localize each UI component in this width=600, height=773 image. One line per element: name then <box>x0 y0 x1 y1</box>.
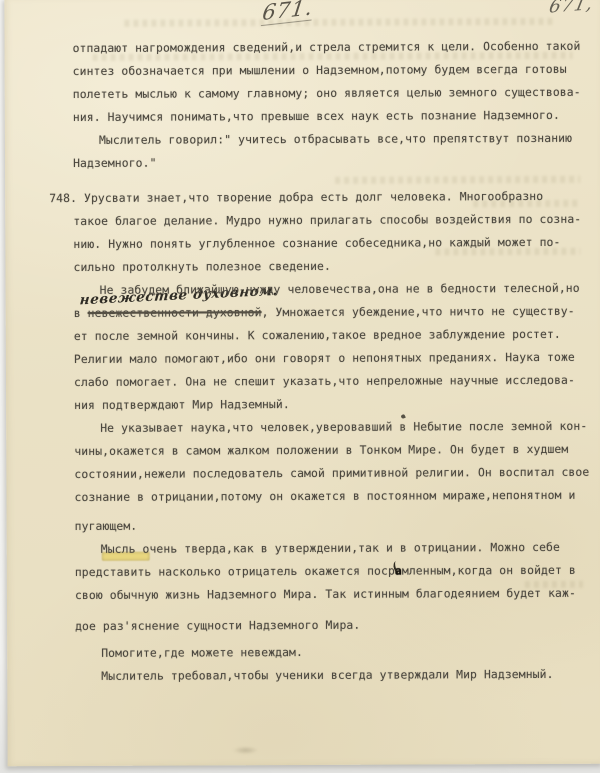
text-segment: Надземного." <box>73 156 157 170</box>
text-line: 748. Урусвати знает,что творение добра е… <box>49 185 589 210</box>
text-line: полететь мыслью к самому главному; оно я… <box>73 81 589 106</box>
text-segment: нию. Нужно понять углубленное сознание с… <box>73 235 560 251</box>
text-segment: 748. Урусвати знает,что творение добра е… <box>49 189 543 205</box>
ghost-impression <box>124 18 554 27</box>
text-segment: Не указывает наука,что человек,уверовавш… <box>100 420 399 435</box>
page-number-handwritten-right: 671, <box>547 0 595 18</box>
text-line: отпадают нагромождения сведений,и стрела… <box>72 35 588 60</box>
text-segment: ет после земной кончины. К сожалению,так… <box>74 327 561 343</box>
text-line: Мыслитель требовал,чтобы ученики всегда … <box>75 663 591 688</box>
text-line: сознание в отрицании,потому он окажется … <box>74 484 590 509</box>
text-line: ния. Научимся понимать,что превыше всех … <box>73 104 589 129</box>
text-line: ния подтверждают Мир Надземный. <box>74 392 590 417</box>
text-segment: пугающем. <box>75 519 138 533</box>
text-line: Не забудем ближайшую нужду человечества,… <box>74 277 590 302</box>
text-line: ет после земной кончины. К сожалению,так… <box>74 323 590 348</box>
text-segment: отпадают нагромождения сведений,и стрела… <box>73 39 581 55</box>
text-line: такое благое делание. Мудро нужно прилаг… <box>73 208 589 233</box>
text-segment: в <box>74 306 88 320</box>
text-segment: дое раз'яснение сущности Надземного Мира… <box>75 618 360 633</box>
text-line: Религии мало помогают,ибо они говорят о … <box>74 346 590 371</box>
text-line: синтез обозначается при мышлении о Надзе… <box>73 58 589 83</box>
text-segment: Небытие после земной кон- <box>406 419 587 434</box>
text-segment: синтез обозначается при мышлении о Надзе… <box>73 62 567 78</box>
text-line: нию. Нужно понять углубленное сознание с… <box>73 231 589 256</box>
typewritten-text: отпадают нагромождения сведений,и стрела… <box>72 35 591 688</box>
text-segment: а <box>395 564 402 578</box>
text-segment: представить насколько отрицатель окажетс… <box>75 564 395 579</box>
text-line: состоянии,нежели последователь самой при… <box>74 461 590 486</box>
text-line: представить насколько отрицатель окажетс… <box>75 559 591 584</box>
text-line: Помогите,где можете невеждам. <box>75 640 591 665</box>
text-segment: состоянии,нежели последователь самой при… <box>74 465 589 481</box>
text-segment: полететь мыслью к самому главному; оно я… <box>73 85 581 101</box>
text-segment: Мысль очень тверда,как в утверждении,так… <box>101 540 560 556</box>
text-segment: слабо помогает. Она не спешит указать,чт… <box>74 373 575 389</box>
text-segment: свою обычную жизнь Надземного Мира. Так … <box>75 586 576 602</box>
text-line: в невежественности духовной, Умножается … <box>74 300 590 325</box>
scan-background: 671. 671, невежестве духовном. отпадают … <box>0 0 600 773</box>
struck-text: невежественности духовной <box>88 305 262 320</box>
text-segment: Помогите,где можете невеждам. <box>101 645 303 660</box>
text-segment: Мыслитель говорил:" учитесь отбрасывать … <box>99 131 572 147</box>
text-line: Мыслитель говорил:" учитесь отбрасывать … <box>73 127 589 152</box>
text-segment: такое благое делание. Мудро нужно прилаг… <box>73 212 581 228</box>
text-line: пугающем. <box>75 513 591 538</box>
text-segment: мленным,когда он войдет в <box>402 563 576 578</box>
text-line: свою обычную жизнь Надземного Мира. Так … <box>75 582 591 607</box>
paper-smudge <box>233 746 259 754</box>
text-segment: Религии мало помогают,ибо они говорят о … <box>74 350 575 366</box>
text-line: сильно протолкнуть полезное сведение. <box>73 254 589 279</box>
text-segment: ния. Научимся понимать,что превыше всех … <box>73 108 560 124</box>
text-line: Надземного." <box>73 150 589 175</box>
text-line: Мысль очень тверда,как в утверждении,так… <box>75 536 591 561</box>
text-segment: Мыслитель требовал,чтобы ученики всегда … <box>101 667 553 683</box>
text-line: Не указывает наука,что человек,уверовавш… <box>74 415 590 440</box>
text-line: слабо помогает. Она не спешит указать,чт… <box>74 369 590 394</box>
text-segment: в <box>399 420 406 434</box>
text-segment: чины,окажется в самом жалком положении в… <box>74 442 568 458</box>
text-line: дое раз'яснение сущности Надземного Мира… <box>75 613 591 638</box>
manuscript-page: 671. 671, невежестве духовном. отпадают … <box>4 0 600 766</box>
text-segment: Не забудем ближайшую нужду человечества,… <box>100 281 580 297</box>
text-segment: ния подтверждают Мир Надземный. <box>74 397 290 412</box>
text-line: чины,окажется в самом жалком положении в… <box>74 438 590 463</box>
text-segment: , Умножается убеждение,что ничто не суще… <box>262 304 575 319</box>
text-segment: сознание в отрицании,потому он окажется … <box>74 488 575 504</box>
text-segment: сильно протолкнуть полезное сведение. <box>73 259 330 274</box>
